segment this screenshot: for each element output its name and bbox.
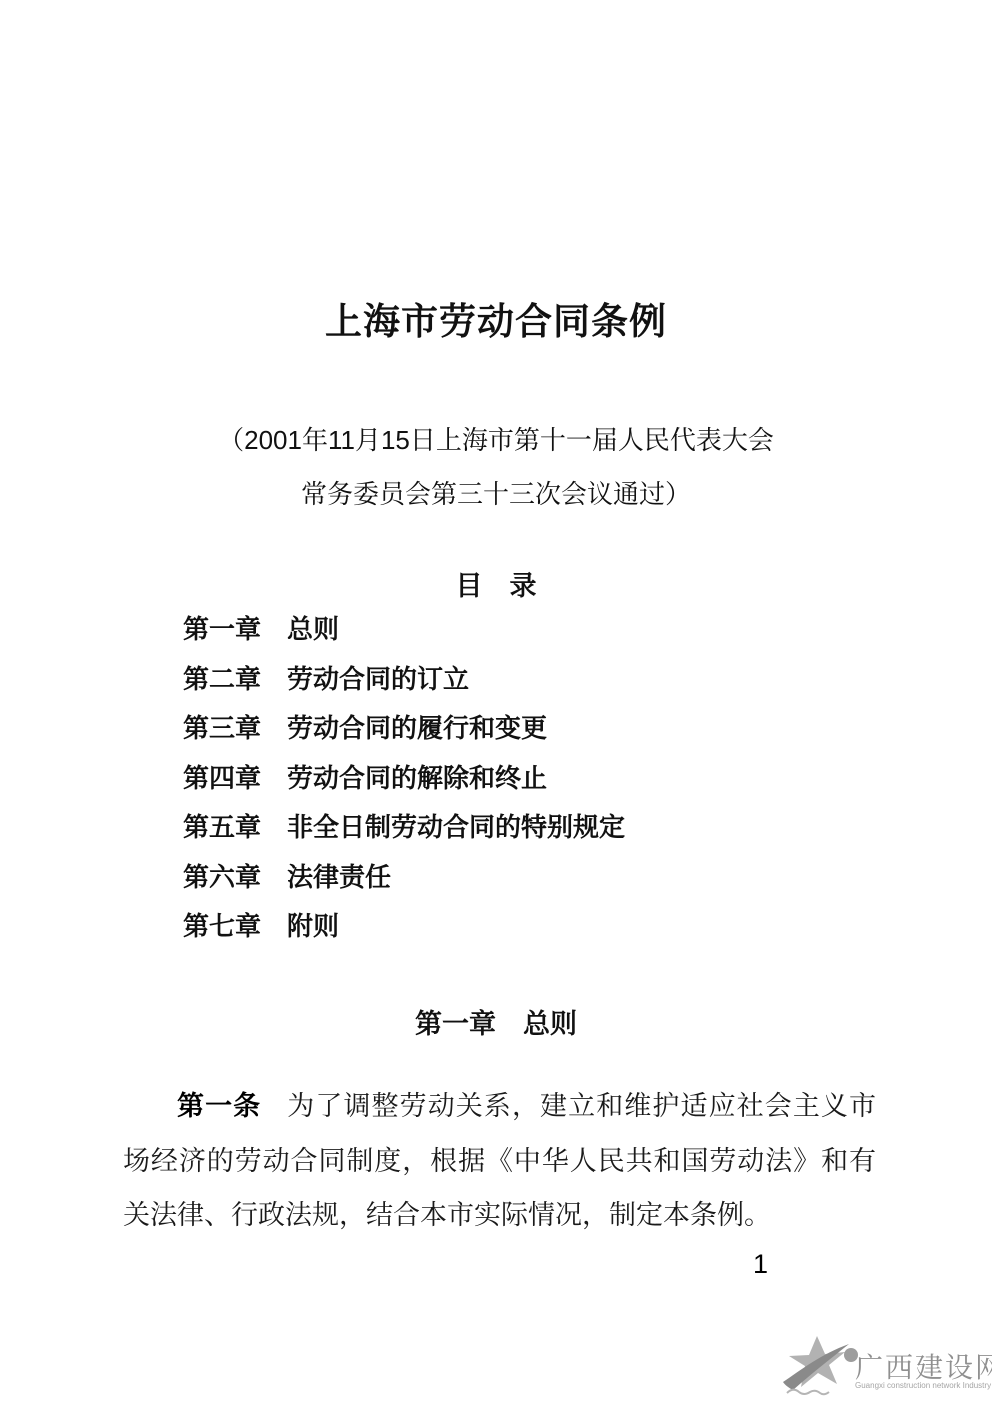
site-tagline: Guangxi construction network Industry Ed… — [855, 1381, 991, 1390]
toc-item-chapter: 第四章 — [183, 754, 261, 804]
toc-item-chapter: 第五章 — [183, 803, 261, 853]
toc-item: 第二章劳动合同的订立 — [183, 655, 625, 705]
toc-item-chapter: 第六章 — [183, 853, 261, 903]
toc-item-title: 总则 — [287, 614, 339, 644]
toc-item-chapter: 第一章 — [183, 605, 261, 655]
logo-script — [787, 1390, 829, 1395]
toc-item: 第四章劳动合同的解除和终止 — [183, 754, 625, 804]
subtitle-line-1: （2001年11月15日上海市第十一届人民代表大会 — [0, 413, 992, 467]
toc-item: 第六章法律责任 — [183, 853, 625, 903]
subtitle-line-2: 常务委员会第三十三次会议通过） — [0, 467, 992, 521]
toc-item-title: 劳动合同的解除和终止 — [287, 763, 547, 793]
toc-item-title: 附则 — [287, 911, 339, 941]
toc-item: 第三章劳动合同的履行和变更 — [183, 704, 625, 754]
star-logo-icon — [777, 1334, 863, 1398]
chapter-heading: 第一章总则 — [0, 1002, 992, 1041]
toc-item: 第七章附则 — [183, 902, 625, 952]
toc-item-chapter: 第二章 — [183, 655, 261, 705]
toc-item: 第一章总则 — [183, 605, 625, 655]
toc-heading: 目 录 — [0, 564, 992, 603]
toc-item-chapter: 第七章 — [183, 902, 261, 952]
toc-item-title: 法律责任 — [287, 862, 391, 892]
toc-item-title: 非全日制劳动合同的特别规定 — [287, 812, 625, 842]
site-name: 广西建设网 — [855, 1346, 991, 1386]
document-title: 上海市劳动合同条例 — [0, 291, 992, 345]
toc-item-title: 劳动合同的订立 — [287, 664, 469, 694]
site-watermark: 广西建设网 Guangxi construction network Indus… — [763, 1332, 991, 1398]
document-subtitle: （2001年11月15日上海市第十一届人民代表大会 常务委员会第三十三次会议通过… — [0, 413, 992, 521]
chapter-number: 第一章 — [415, 1009, 496, 1039]
toc-item: 第五章非全日制劳动合同的特别规定 — [183, 803, 625, 853]
article-paragraph: 第一条为了调整劳动关系，建立和维护适应社会主义市场经济的劳动合同制度，根据《中华… — [123, 1079, 876, 1244]
toc-item-title: 劳动合同的履行和变更 — [287, 713, 547, 743]
document-page: 上海市劳动合同条例 （2001年11月15日上海市第十一届人民代表大会 常务委员… — [0, 0, 992, 1403]
chapter-title: 总则 — [523, 1009, 577, 1039]
toc-item-chapter: 第三章 — [183, 704, 261, 754]
toc-list: 第一章总则 第二章劳动合同的订立 第三章劳动合同的履行和变更 第四章劳动合同的解… — [183, 605, 625, 952]
page-number: 1 — [753, 1249, 768, 1280]
article-number-label: 第一条 — [177, 1091, 261, 1121]
